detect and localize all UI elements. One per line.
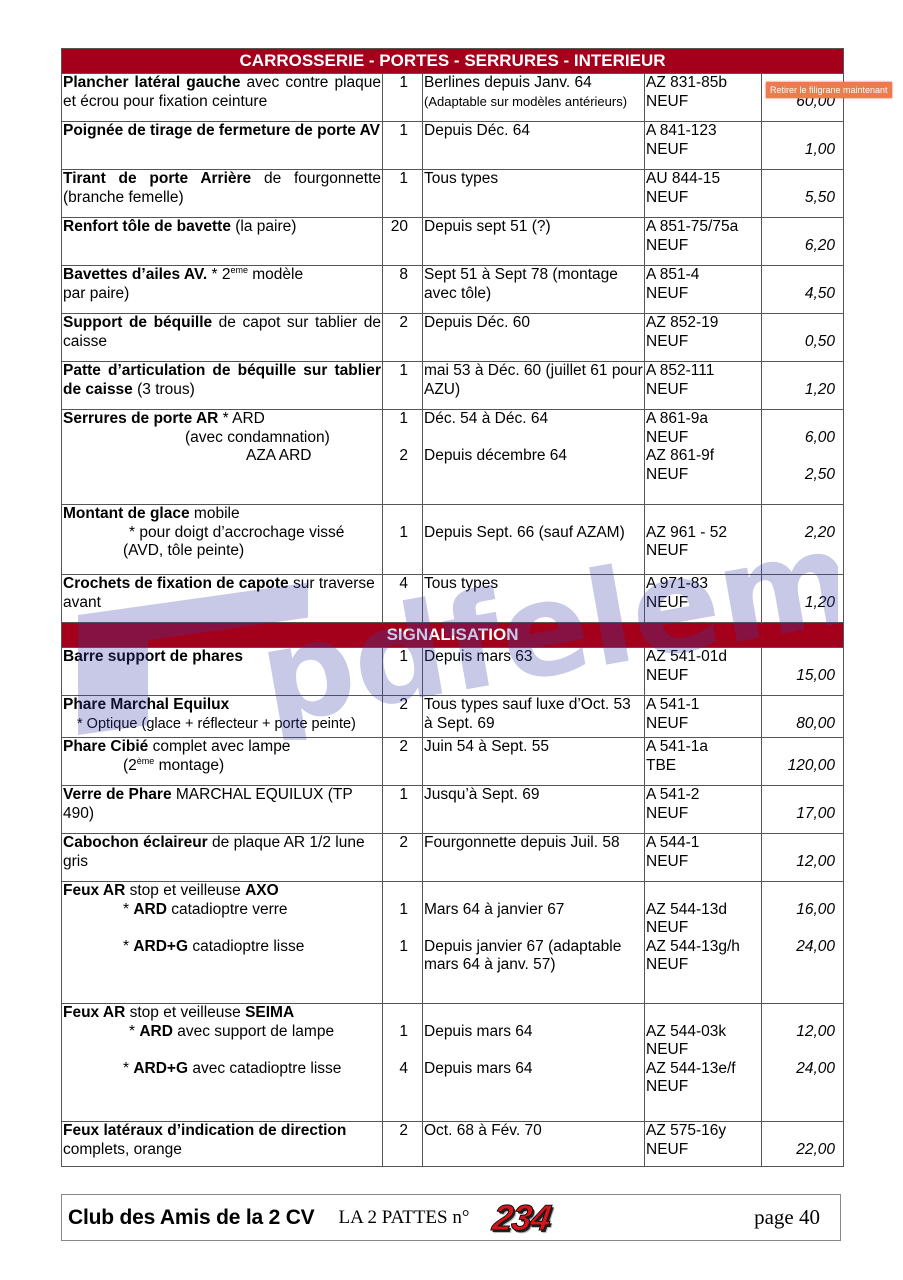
part-application: Fourgonnette depuis Juil. 58 — [423, 834, 645, 882]
part-application: Depuis mars 64Depuis mars 64 — [423, 1004, 645, 1122]
part-application: mai 53 à Déc. 60 (juillet 61 pour AZU) — [423, 362, 645, 410]
part-application: Mars 64 à janvier 67Depuis janvier 67 (a… — [423, 882, 645, 1004]
part-description: Bavettes d’ailes AV. * 2eme modèlepar pa… — [62, 266, 383, 314]
part-description: Barre support de phares — [62, 648, 383, 696]
part-description: Poignée de tirage de fermeture de porte … — [62, 122, 383, 170]
part-quantity: 1 — [383, 74, 423, 122]
part-reference: A 851-75/75aNEUF — [645, 218, 762, 266]
part-price: 6,002,50 — [762, 410, 844, 505]
part-reference: A 851-4NEUF — [645, 266, 762, 314]
part-application: Berlines depuis Janv. 64(Adaptable sur m… — [423, 74, 645, 122]
part-description: Montant de glace mobile* pour doigt d’ac… — [62, 505, 383, 575]
table-row: Bavettes d’ailes AV. * 2eme modèlepar pa… — [62, 266, 844, 314]
section-header-signalisation: SIGNALISATION — [62, 623, 844, 648]
issue-number-logo: 234 — [491, 1197, 554, 1239]
part-description: Phare Marchal Equilux* Optique (glace + … — [62, 696, 383, 738]
part-application: Tous types — [423, 575, 645, 623]
part-price: 2,20 — [762, 505, 844, 575]
part-reference: A 541-1NEUF — [645, 696, 762, 738]
part-quantity: 1 — [383, 170, 423, 218]
part-quantity: 1 — [383, 786, 423, 834]
page-number: page 40 — [754, 1205, 820, 1230]
part-quantity: 1 — [383, 648, 423, 696]
part-description: Cabochon éclaireur de plaque AR 1/2 lune… — [62, 834, 383, 882]
magazine-title: LA 2 PATTES n° — [339, 1207, 470, 1229]
table-row: Verre de Phare MARCHAL EQUILUX (TP 490) … — [62, 786, 844, 834]
part-price: 17,00 — [762, 786, 844, 834]
part-reference: A 541-2NEUF — [645, 786, 762, 834]
part-quantity: 1 — [383, 362, 423, 410]
part-reference: A 971-83NEUF — [645, 575, 762, 623]
part-description: Support de béquille de capot sur tablier… — [62, 314, 383, 362]
part-application: Depuis Déc. 60 — [423, 314, 645, 362]
part-quantity: 1 — [383, 505, 423, 575]
part-description: Phare Cibié complet avec lampe(2ème mont… — [62, 738, 383, 786]
club-name: Club des Amis de la 2 CV — [68, 1206, 315, 1230]
table-row: Renfort tôle de bavette (la paire) 20 De… — [62, 218, 844, 266]
part-quantity: 2 — [383, 738, 423, 786]
part-price: 6,20 — [762, 218, 844, 266]
part-reference: AZ 852-19NEUF — [645, 314, 762, 362]
part-reference: A 861-9aNEUFAZ 861-9fNEUF — [645, 410, 762, 505]
part-price: 120,00 — [762, 738, 844, 786]
table-row: Feux latéraux d’indication de direction … — [62, 1122, 844, 1167]
part-price: 0,50 — [762, 314, 844, 362]
page-footer: Club des Amis de la 2 CV LA 2 PATTES n° … — [61, 1194, 841, 1241]
part-reference: AZ 575-16yNEUF — [645, 1122, 762, 1167]
table-row: Plancher latéral gauche avec contre plaq… — [62, 74, 844, 122]
table-row: Cabochon éclaireur de plaque AR 1/2 lune… — [62, 834, 844, 882]
part-quantity: 2 — [383, 314, 423, 362]
section-header-carrosserie: CARROSSERIE - PORTES - SERRURES - INTERI… — [62, 49, 844, 74]
table-row: Tirant de porte Arrière de fourgonnette … — [62, 170, 844, 218]
part-quantity: 2 — [383, 834, 423, 882]
part-quantity: 20 — [383, 218, 423, 266]
part-reference: AZ 541-01dNEUF — [645, 648, 762, 696]
part-price: 22,00 — [762, 1122, 844, 1167]
part-application: Jusqu’à Sept. 69 — [423, 786, 645, 834]
part-quantity: 2 — [383, 1122, 423, 1167]
part-price: 5,50 — [762, 170, 844, 218]
part-description: Plancher latéral gauche avec contre plaq… — [62, 74, 383, 122]
table-row: Patte d’articulation de béquille sur tab… — [62, 362, 844, 410]
table-row: Support de béquille de capot sur tablier… — [62, 314, 844, 362]
catalog-page: CARROSSERIE - PORTES - SERRURES - INTERI… — [61, 48, 843, 1167]
part-application: Déc. 54 à Déc. 64Depuis décembre 64 — [423, 410, 645, 505]
table-row: Feux AR stop et veilleuse AXO * ARD cata… — [62, 882, 844, 1004]
part-reference: A 541-1aTBE — [645, 738, 762, 786]
table-row: Montant de glace mobile* pour doigt d’ac… — [62, 505, 844, 575]
part-description: Feux latéraux d’indication de direction … — [62, 1122, 383, 1167]
parts-table: CARROSSERIE - PORTES - SERRURES - INTERI… — [61, 48, 844, 1167]
part-application: Juin 54 à Sept. 55 — [423, 738, 645, 786]
part-price: 12,00 — [762, 834, 844, 882]
part-price: 4,50 — [762, 266, 844, 314]
remove-watermark-button[interactable]: Retirer le filigrane maintenant — [766, 82, 892, 98]
part-application: Tous types sauf luxe d’Oct. 53 à Sept. 6… — [423, 696, 645, 738]
part-application: Depuis Sept. 66 (sauf AZAM) — [423, 505, 645, 575]
part-reference: AZ 961 - 52NEUF — [645, 505, 762, 575]
table-row: Phare Marchal Equilux* Optique (glace + … — [62, 696, 844, 738]
part-description: Crochets de fixation de capote sur trave… — [62, 575, 383, 623]
part-price: 15,00 — [762, 648, 844, 696]
part-description: Renfort tôle de bavette (la paire) — [62, 218, 383, 266]
part-price: 1,20 — [762, 575, 844, 623]
part-price: 1,00 — [762, 122, 844, 170]
part-quantity: 14 — [383, 1004, 423, 1122]
table-row: Feux AR stop et veilleuse SEIMA * ARD av… — [62, 1004, 844, 1122]
part-reference: AU 844-15NEUF — [645, 170, 762, 218]
table-row: Serrures de porte AR * ARD(avec condamna… — [62, 410, 844, 505]
part-description: Feux AR stop et veilleuse SEIMA * ARD av… — [62, 1004, 383, 1122]
part-application: Tous types — [423, 170, 645, 218]
part-application: Depuis Déc. 64 — [423, 122, 645, 170]
part-quantity: 1 — [383, 122, 423, 170]
part-description: Verre de Phare MARCHAL EQUILUX (TP 490) — [62, 786, 383, 834]
part-application: Oct. 68 à Fév. 70 — [423, 1122, 645, 1167]
table-row: Barre support de phares 1 Depuis mars 63… — [62, 648, 844, 696]
part-price: 1,20 — [762, 362, 844, 410]
part-reference: A 841-123NEUF — [645, 122, 762, 170]
part-reference: A 852-111NEUF — [645, 362, 762, 410]
part-quantity: 11 — [383, 882, 423, 1004]
part-application: Depuis mars 63 — [423, 648, 645, 696]
part-price: 16,0024,00 — [762, 882, 844, 1004]
part-quantity: 2 — [383, 696, 423, 738]
part-description: Tirant de porte Arrière de fourgonnette … — [62, 170, 383, 218]
part-description: Patte d’articulation de béquille sur tab… — [62, 362, 383, 410]
part-application: Depuis sept 51 (?) — [423, 218, 645, 266]
part-description: Feux AR stop et veilleuse AXO * ARD cata… — [62, 882, 383, 1004]
part-application: Sept 51 à Sept 78 (montage avec tôle) — [423, 266, 645, 314]
part-reference: AZ 544-13dNEUFAZ 544-13g/hNEUF — [645, 882, 762, 1004]
part-reference: AZ 831-85bNEUF — [645, 74, 762, 122]
table-row: Poignée de tirage de fermeture de porte … — [62, 122, 844, 170]
part-description: Serrures de porte AR * ARD(avec condamna… — [62, 410, 383, 505]
table-row: Phare Cibié complet avec lampe(2ème mont… — [62, 738, 844, 786]
part-quantity: 12 — [383, 410, 423, 505]
part-price: 12,0024,00 — [762, 1004, 844, 1122]
part-reference: A 544-1NEUF — [645, 834, 762, 882]
part-quantity: 8 — [383, 266, 423, 314]
part-quantity: 4 — [383, 575, 423, 623]
part-reference: AZ 544-03kNEUFAZ 544-13e/fNEUF — [645, 1004, 762, 1122]
table-row: Crochets de fixation de capote sur trave… — [62, 575, 844, 623]
part-price: 80,00 — [762, 696, 844, 738]
